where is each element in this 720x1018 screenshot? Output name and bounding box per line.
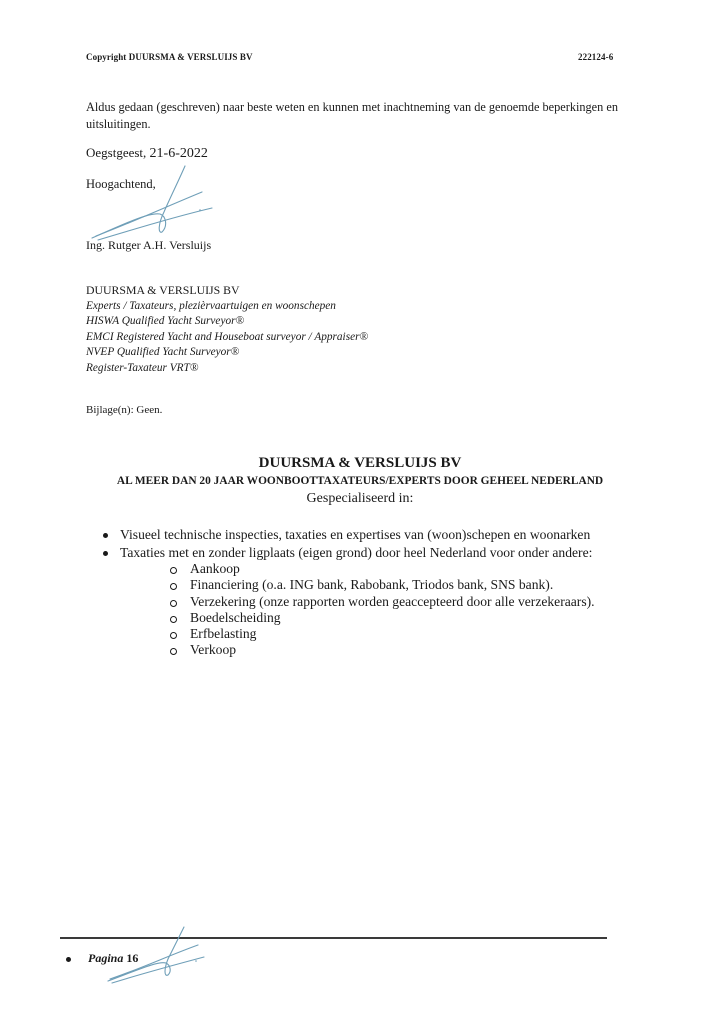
list-item-text: Verzekering (onze rapporten worden geacc…	[190, 594, 595, 609]
place-date: Oegstgeest, 21-6-2022	[86, 145, 208, 162]
list-item: Aankoop	[168, 561, 595, 577]
list-item-text: Visueel technische inspecties, taxaties …	[120, 527, 590, 542]
circle-bullet-icon	[170, 648, 177, 655]
list-item: Erfbelasting	[168, 626, 595, 642]
list-item-text: Aankoop	[190, 561, 240, 576]
bullet-icon	[103, 533, 108, 538]
credential-line: EMCI Registered Yacht and Houseboat surv…	[86, 330, 368, 346]
bullet-icon	[66, 957, 71, 962]
attachments-note: Bijlage(n): Geen.	[86, 404, 162, 416]
circle-bullet-icon	[170, 616, 177, 623]
date: 21-6-2022	[150, 146, 208, 161]
credential-line: NVEP Qualified Yacht Surveyor®	[86, 345, 368, 361]
list-item-text: Taxaties met en zonder ligplaats (eigen …	[120, 545, 592, 560]
list-item-text: Erfbelasting	[190, 626, 256, 641]
list-item-text: Boedelscheiding	[190, 610, 281, 625]
list-item: Financiering (o.a. ING bank, Rabobank, T…	[168, 577, 595, 593]
list-item-text: Verkoop	[190, 642, 236, 657]
bullet-icon	[103, 551, 108, 556]
list-item: Verkoop	[168, 642, 595, 658]
circle-bullet-icon	[170, 567, 177, 574]
footer-signature-icon	[100, 925, 210, 985]
promo-title: DUURSMA & VERSLUIJS BV	[60, 455, 660, 472]
list-item: Taxaties met en zonder ligplaats (eigen …	[100, 544, 592, 562]
specialized-label: Gespecialiseerd in:	[60, 491, 660, 507]
signer-name: Ing. Rutger A.H. Versluijs	[86, 238, 211, 253]
circle-bullet-icon	[170, 600, 177, 607]
circle-bullet-icon	[170, 583, 177, 590]
circle-bullet-icon	[170, 632, 177, 639]
credential-line: Experts / Taxateurs, plezièrvaartuigen e…	[86, 299, 368, 315]
promo-subtitle: AL MEER DAN 20 JAAR WOONBOOTTAXATEURS/EX…	[60, 475, 660, 487]
signature-icon	[88, 162, 228, 242]
place: Oegstgeest,	[86, 145, 146, 160]
list-item: Visueel technische inspecties, taxaties …	[100, 526, 592, 544]
copyright-header: Copyright DUURSMA & VERSLUIJS BV	[86, 52, 253, 62]
list-item: Verzekering (onze rapporten worden geacc…	[168, 594, 595, 610]
list-item: Boedelscheiding	[168, 610, 595, 626]
valuation-purposes-list: Aankoop Financiering (o.a. ING bank, Rab…	[168, 561, 595, 659]
credential-line: Register-Taxateur VRT®	[86, 361, 368, 377]
closing-paragraph: Aldus gedaan (geschreven) naar beste wet…	[86, 99, 656, 133]
company-block: DUURSMA & VERSLUIJS BV Experts / Taxateu…	[86, 283, 368, 377]
reference-number: 222124-6	[578, 52, 613, 62]
service-list: Visueel technische inspecties, taxaties …	[100, 526, 592, 562]
credential-line: HISWA Qualified Yacht Surveyor®	[86, 314, 368, 330]
company-name: DUURSMA & VERSLUIJS BV	[86, 283, 368, 299]
list-item-text: Financiering (o.a. ING bank, Rabobank, T…	[190, 577, 553, 592]
